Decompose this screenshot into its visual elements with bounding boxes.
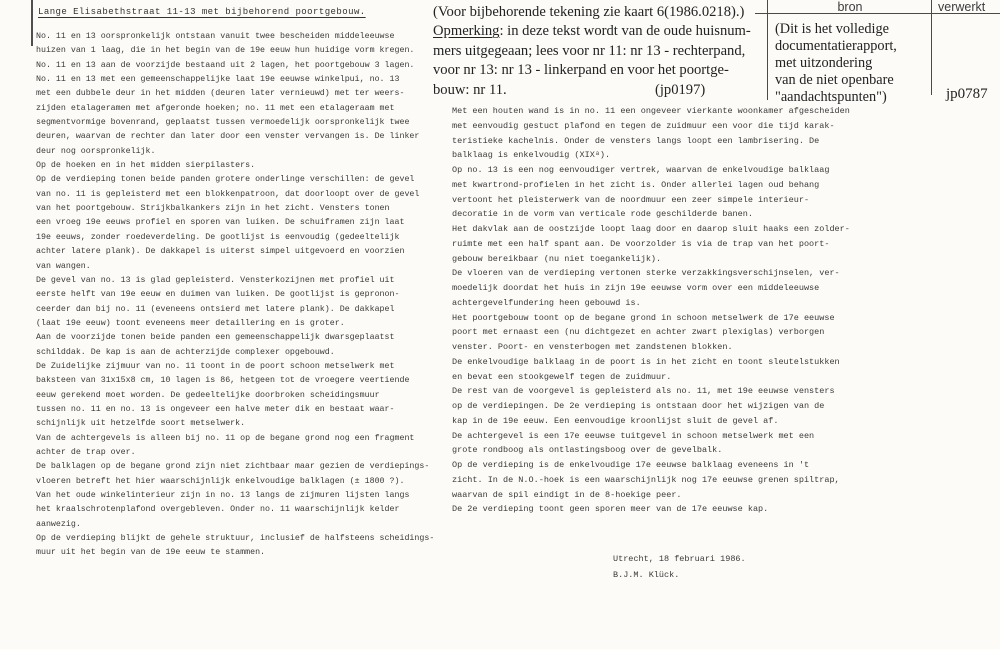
document-title: Lange Elisabethstraat 11-13 met bijbehor… xyxy=(38,7,366,17)
register-note: (Dit is het volledige documentatierappor… xyxy=(775,21,930,106)
register-header-verwerkt: verwerkt xyxy=(938,0,985,14)
signature-line: B.J.M. Klück. xyxy=(613,570,679,580)
remark-label: Opmerking xyxy=(433,23,499,39)
remark-line-2: Opmerking: in deze tekst wordt van de ou… xyxy=(433,22,778,41)
register-ref: jp0787 xyxy=(946,86,988,103)
middle-body-text: Met een houten wand is in no. 11 een ong… xyxy=(452,104,922,517)
remark-ref: (jp0197) xyxy=(655,81,705,100)
page-edge-line xyxy=(31,0,33,46)
remark-line-3: mers uitgegeaan; lees voor nr 11: nr 13 … xyxy=(433,42,778,61)
remark-line-5-text: bouw: nr 11. xyxy=(433,82,507,98)
remark-line-4: voor nr 13: nr 13 - linkerpand en voor h… xyxy=(433,61,778,80)
remark-label-suffix: : in deze tekst wordt van de oude huisnu… xyxy=(499,23,750,39)
register-divider-horizontal xyxy=(755,13,1000,14)
register-divider-middle xyxy=(931,0,932,95)
date-line: Utrecht, 18 februari 1986. xyxy=(613,554,746,564)
remark-line-1: (Voor bijbehorende tekening zie kaart 6(… xyxy=(433,3,778,22)
register-header-bron: bron xyxy=(780,0,920,14)
register-divider-left xyxy=(767,0,768,100)
left-body-text: No. 11 en 13 oorspronkelijk ontstaan van… xyxy=(36,30,446,561)
remark-line-5: bouw: nr 11.(jp0197) xyxy=(433,81,778,100)
remark-note: (Voor bijbehorende tekening zie kaart 6(… xyxy=(433,3,778,100)
